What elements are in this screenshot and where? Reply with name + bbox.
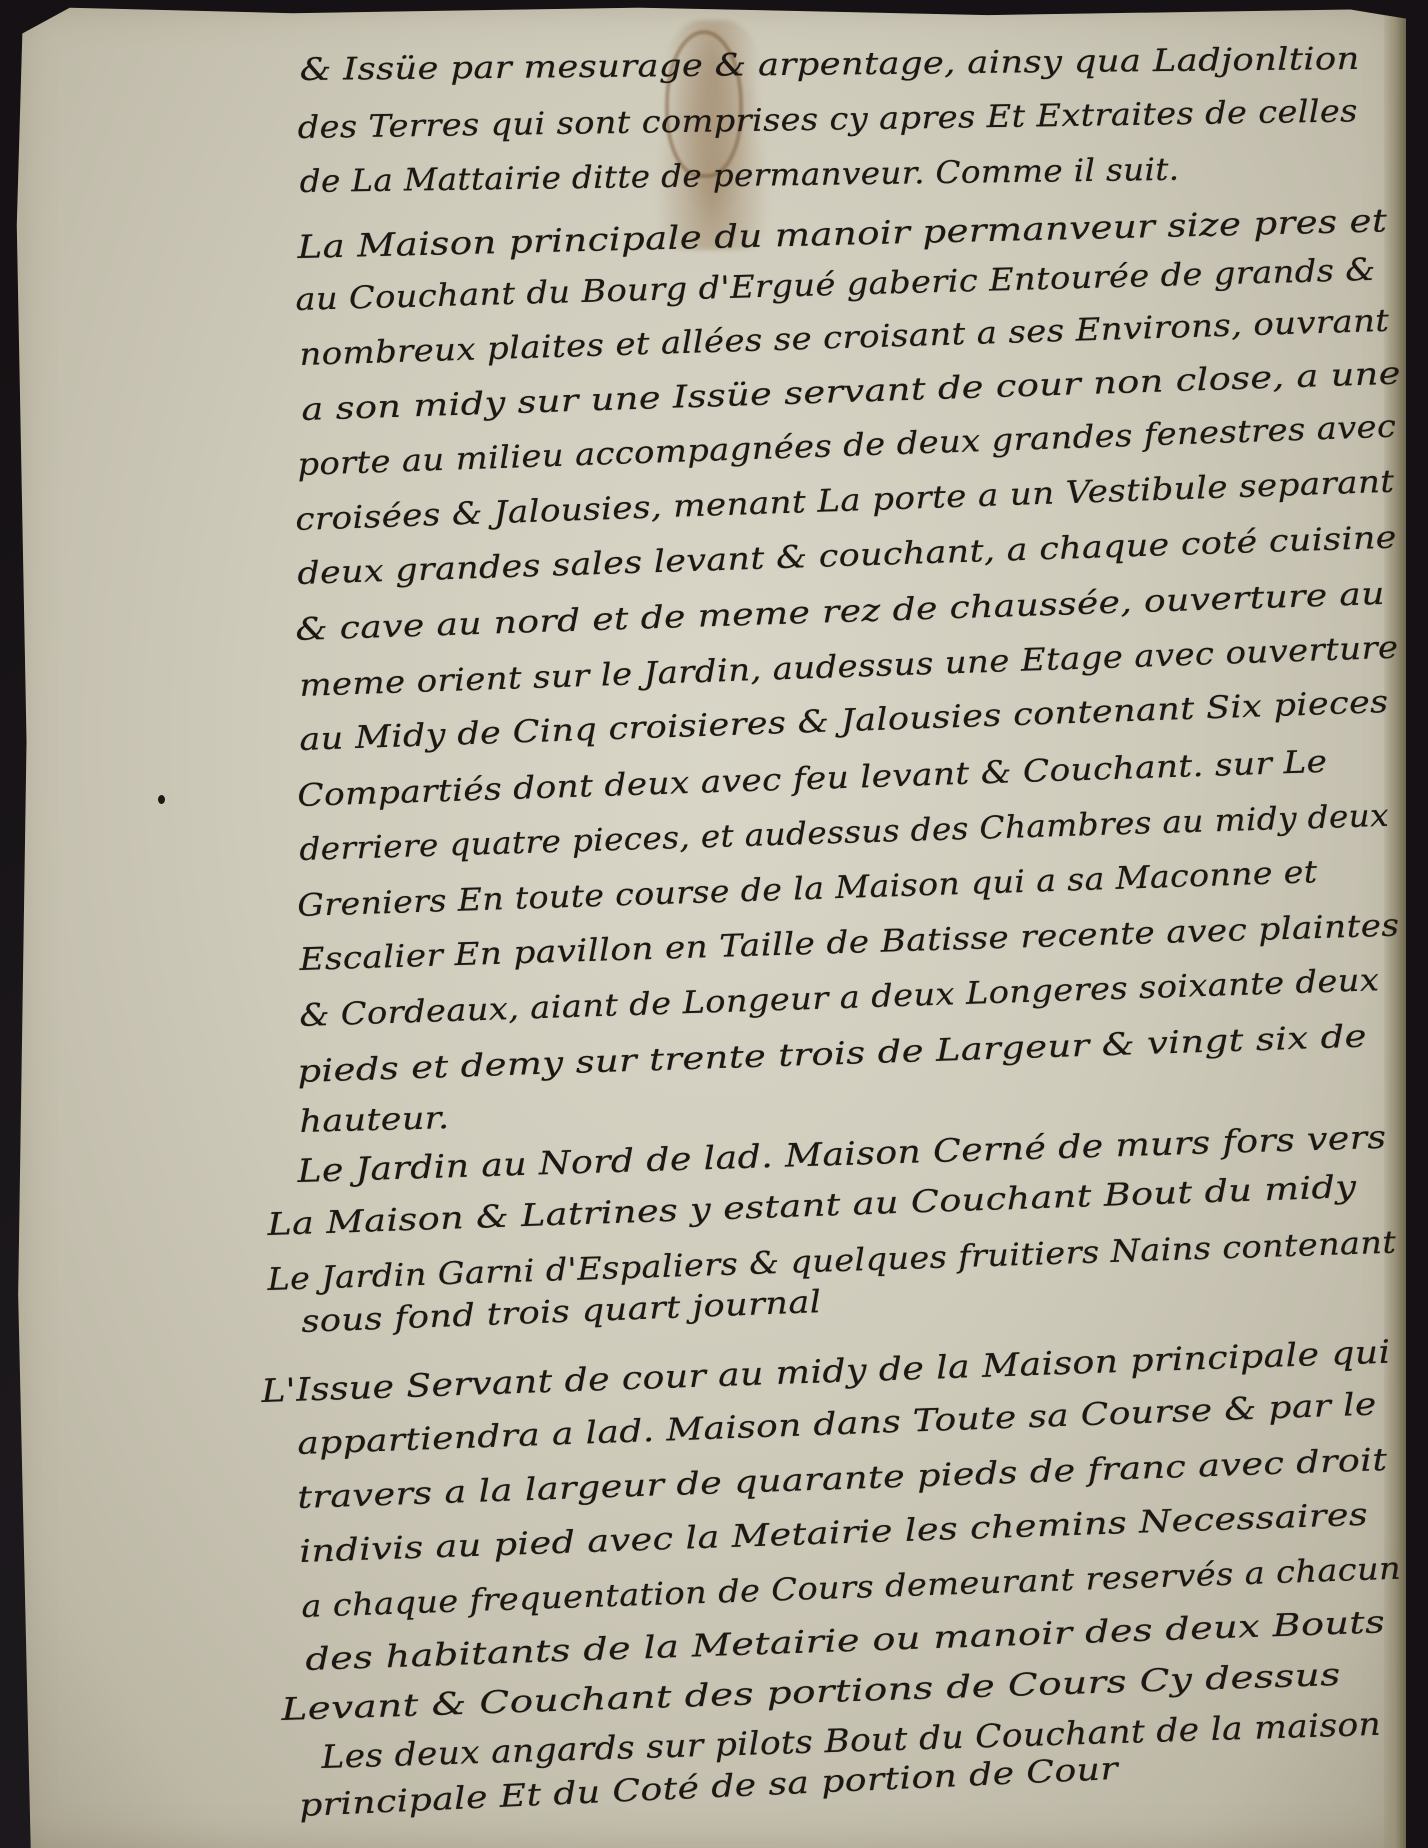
handwritten-text-body: & Issüe par mesurage & arpentage, ainsy … — [0, 0, 1428, 1848]
manuscript-line: hauteur. — [299, 1100, 450, 1140]
manuscript-line: Compartiés dont deux avec feu levant & C… — [297, 744, 1328, 814]
manuscript-line: & Issüe par mesurage & arpentage, ainsy … — [300, 41, 1360, 88]
manuscript-line: de La Mattairie ditte de permanveur. Com… — [299, 152, 1179, 200]
scanned-manuscript: & Issüe par mesurage & arpentage, ainsy … — [0, 0, 1428, 1848]
manuscript-line: pieds et demy sur trente trois de Largeu… — [297, 1019, 1368, 1090]
manuscript-line: des Terres qui sont comprises cy apres E… — [297, 93, 1358, 146]
manuscript-line: Greniers En toute course de la Maison qu… — [297, 854, 1318, 924]
